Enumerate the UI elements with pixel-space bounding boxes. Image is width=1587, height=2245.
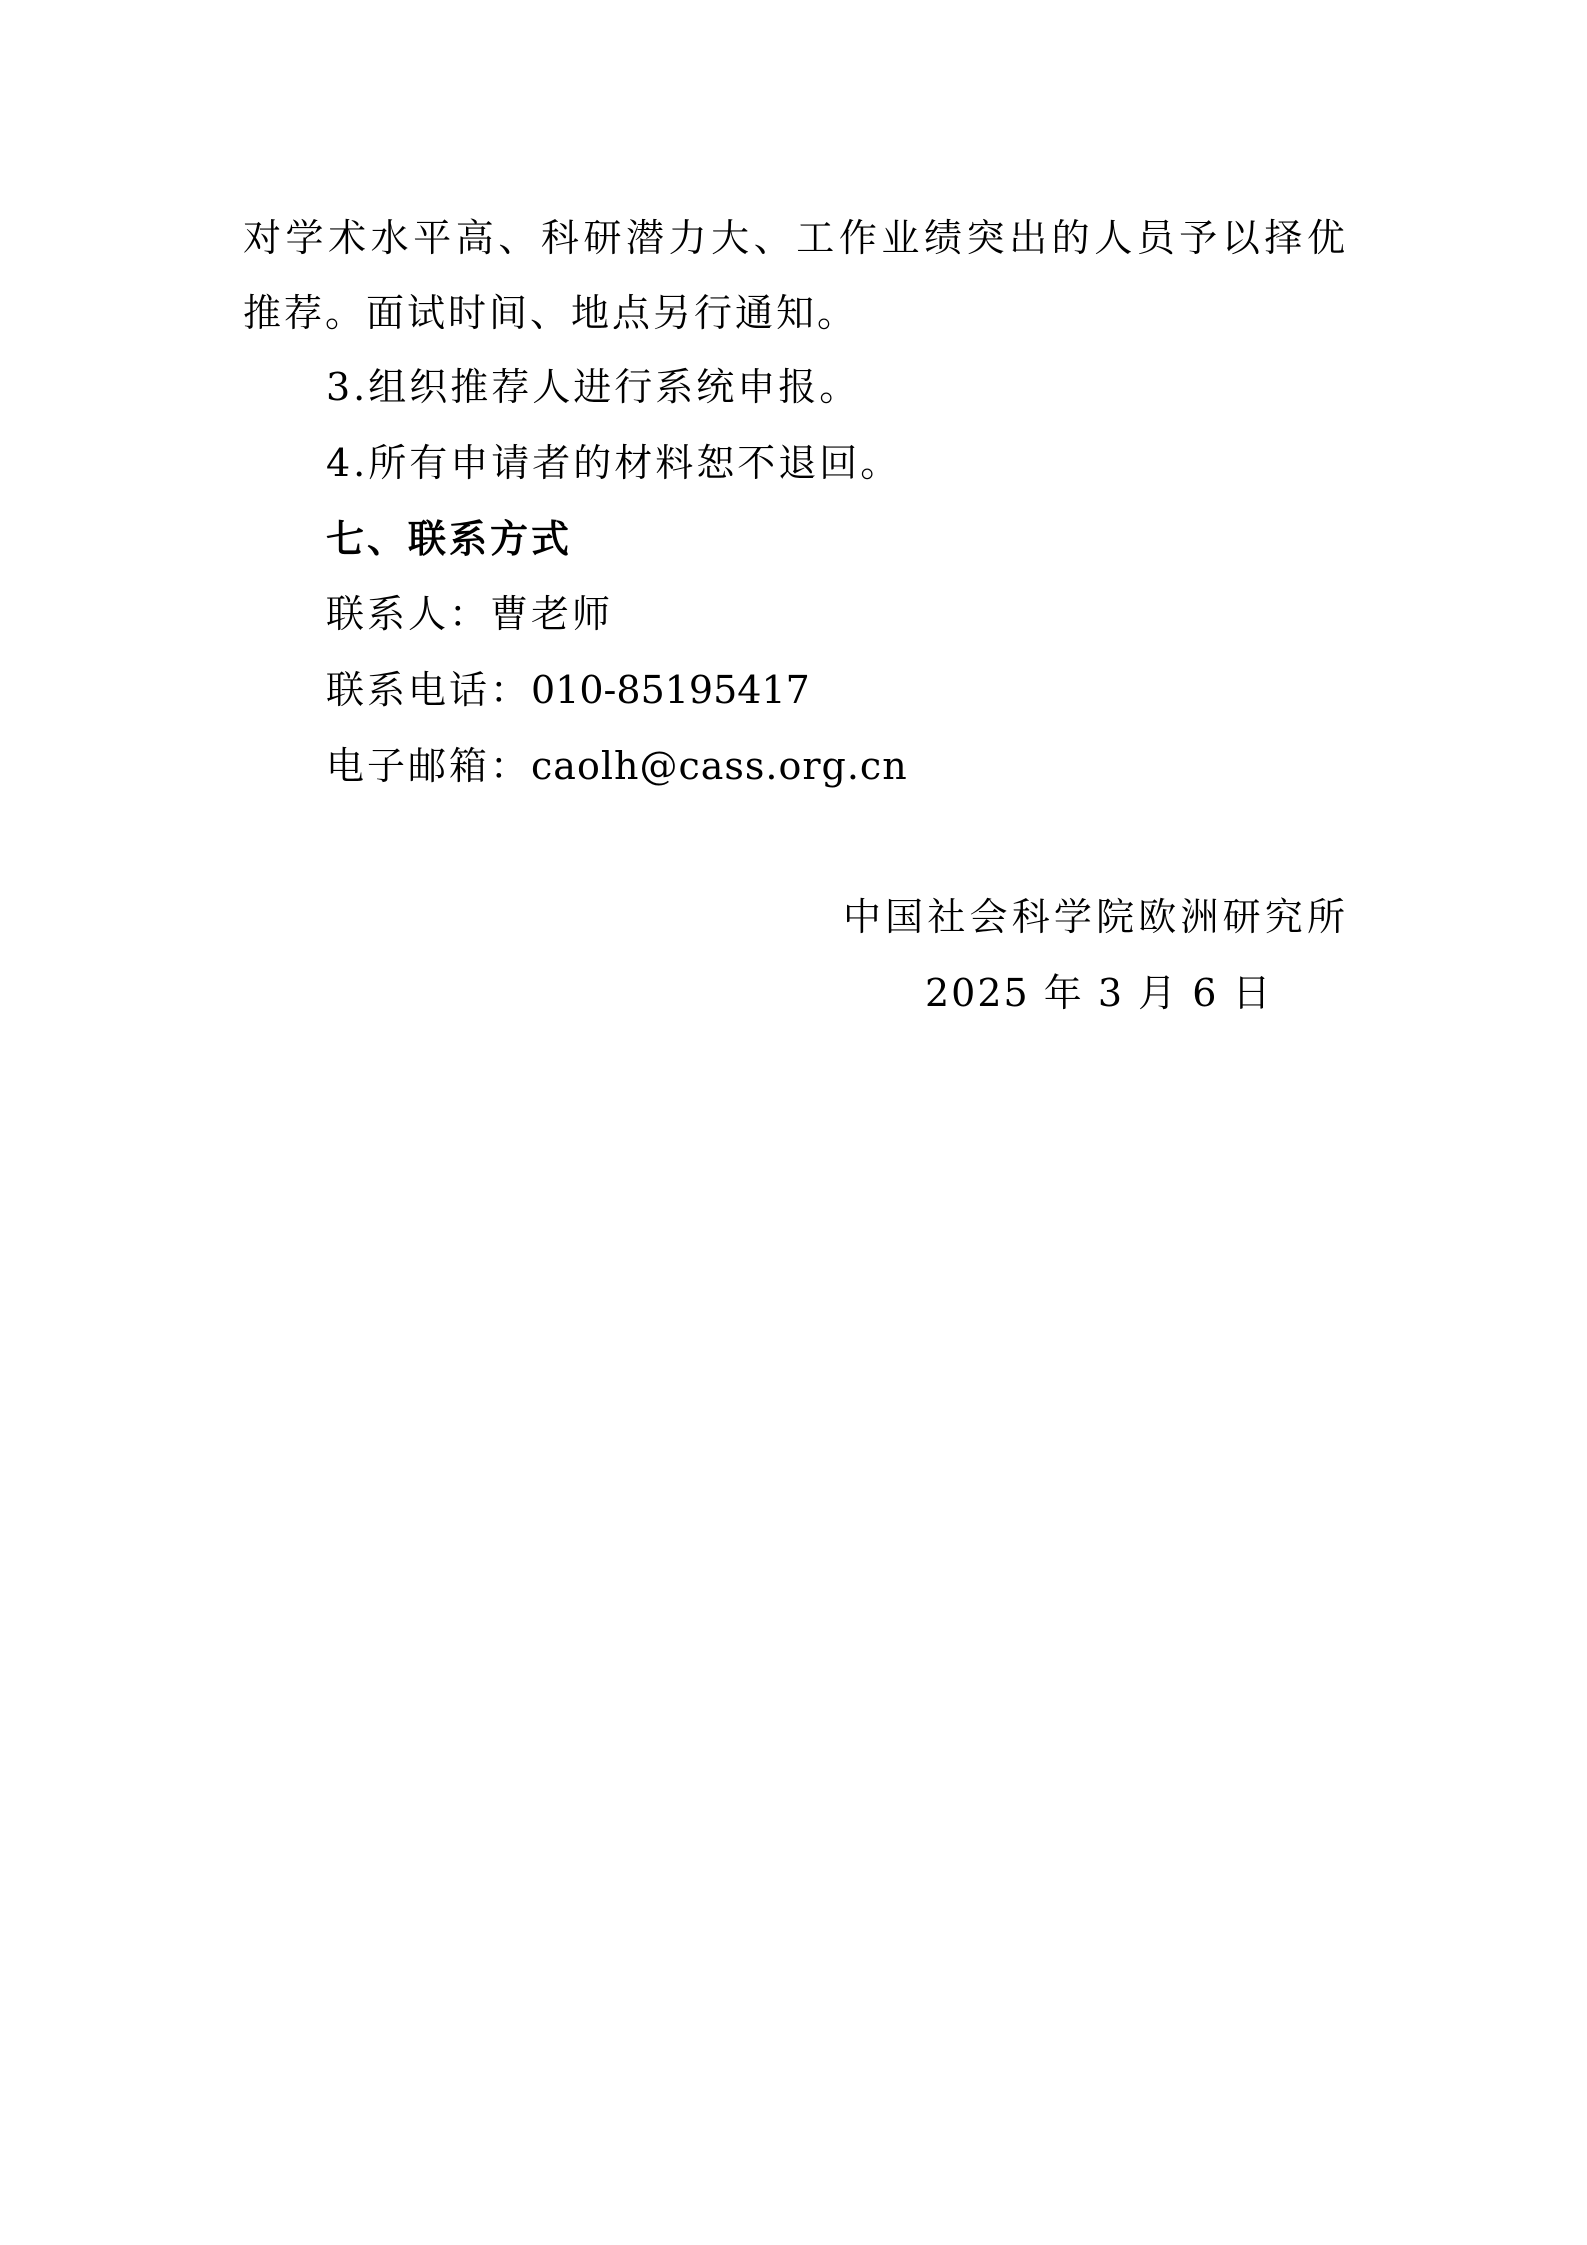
contact-email-label: 电子邮箱： [326,744,531,788]
contact-person: 联系人：曹老师 [326,594,613,634]
list-item-4: 4.所有申请者的材料恕不退回。 [326,443,901,483]
contact-person-value: 曹老师 [490,592,613,636]
list-item-3: 3.组织推荐人进行系统申报。 [326,367,860,407]
list-item-text: 所有申请者的材料恕不退回。 [368,441,901,485]
contact-email-value: caolh@cass.org.cn [531,744,908,788]
contact-email: 电子邮箱：caolh@cass.org.cn [326,746,908,786]
section-heading-contact: 七、联系方式 [326,519,572,559]
paragraph-line-2: 推荐。面试时间、地点另行通知。 [243,293,858,333]
paragraph-line-1: 对学术水平高、科研潜力大、工作业绩突出的人员予以择优 [243,218,1345,258]
contact-phone-label: 联系电话： [326,668,531,712]
signature-organization: 中国社会科学院欧洲研究所 [843,897,1345,937]
contact-phone-value: 010-85195417 [531,668,810,712]
list-item-number: 3. [326,365,368,409]
signature-date: 2025 年 3 月 6 日 [925,973,1272,1013]
list-item-text: 组织推荐人进行系统申报。 [368,365,860,409]
contact-person-label: 联系人： [326,592,490,636]
contact-phone: 联系电话：010-85195417 [326,670,810,710]
list-item-number: 4. [326,441,368,485]
document-page: 对学术水平高、科研潜力大、工作业绩突出的人员予以择优 推荐。面试时间、地点另行通… [0,0,1587,2245]
